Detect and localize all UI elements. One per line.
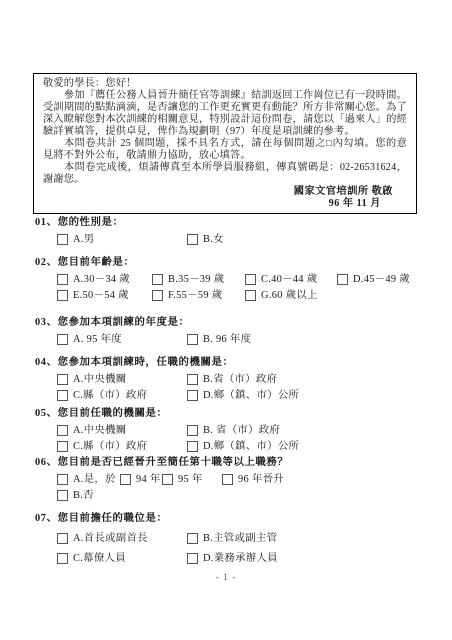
option-row: A.中央機關B. 省（市）政府 xyxy=(57,424,437,437)
checkbox-icon[interactable] xyxy=(57,553,68,564)
option-label: A. 95 年度 xyxy=(73,333,122,346)
option[interactable]: A.中央機關 xyxy=(57,424,187,437)
questions: 01、您的性別是：A.男B.女02、您目前年齡是：A.30－34 歲B.35－3… xyxy=(35,0,437,640)
checkbox-icon[interactable] xyxy=(57,425,68,436)
checkbox-icon[interactable] xyxy=(245,290,256,301)
option[interactable]: A.中央機關 xyxy=(57,373,187,386)
question-title: 06、您目前是否已經晉升至簡任第十職等以上職務？ xyxy=(35,456,437,469)
question-06: 06、您目前是否已經晉升至簡任第十職等以上職務？A.是，於94 年95 年96 … xyxy=(35,456,437,502)
option-label: 95 年 xyxy=(178,473,203,486)
option-label: C.縣（市）政府 xyxy=(73,389,147,402)
question-04: 04、您參加本項訓練時，任職的機關是：A.中央機關B.省（市）政府C.縣（市）政… xyxy=(35,356,437,402)
checkbox-icon[interactable] xyxy=(57,290,68,301)
option[interactable]: C.40－44 歲 xyxy=(245,273,337,286)
option[interactable]: C.幕僚人員 xyxy=(57,552,187,565)
question-07: 07、您目前擔任的職位是：A.首長或副首長B.主管或副主管C.幕僚人員D.業務承… xyxy=(35,512,437,565)
checkbox-icon[interactable] xyxy=(57,474,68,485)
checkbox-icon[interactable] xyxy=(222,474,233,485)
option[interactable]: D.業務承辦人員 xyxy=(187,552,278,565)
checkbox-icon[interactable] xyxy=(187,553,198,564)
option[interactable]: A. 95 年度 xyxy=(57,333,187,346)
question-02: 02、您目前年齡是：A.30－34 歲B.35－39 歲C.40－44 歲D.4… xyxy=(35,256,437,302)
checkbox-icon[interactable] xyxy=(187,334,198,345)
checkbox-icon[interactable] xyxy=(187,533,198,544)
option-label: A.中央機關 xyxy=(73,424,126,437)
option-label: A.男 xyxy=(73,233,94,246)
option-label: B.35－39 歲 xyxy=(168,273,224,286)
checkbox-icon[interactable] xyxy=(152,274,163,285)
option-row: C.縣（市）政府D.鄉（鎮、市）公所 xyxy=(57,389,437,402)
option-label: B.主管或副主管 xyxy=(203,532,277,545)
option[interactable]: 95 年 xyxy=(162,473,222,486)
option-label: D.業務承辦人員 xyxy=(203,552,278,565)
option-row: C.縣（市）政府D.鄉（鎮、市）公所 xyxy=(57,440,437,453)
option[interactable]: A.男 xyxy=(57,233,187,246)
option[interactable]: C.縣（市）政府 xyxy=(57,389,187,402)
page-number: - 1 - xyxy=(0,573,452,583)
option[interactable]: B.否 xyxy=(57,489,94,502)
question-03: 03、您參加本項訓練的年度是：A. 95 年度B. 96 年度 xyxy=(35,316,437,346)
question-title: 02、您目前年齡是： xyxy=(35,256,437,269)
checkbox-icon[interactable] xyxy=(187,234,198,245)
option[interactable]: G.60 歲以上 xyxy=(245,289,318,302)
question-title: 03、您參加本項訓練的年度是： xyxy=(35,316,437,329)
option-label: C.40－44 歲 xyxy=(261,273,317,286)
option[interactable]: E.50－54 歲 xyxy=(57,289,152,302)
option-label: C.縣（市）政府 xyxy=(73,440,147,453)
option-label: F.55－59 歲 xyxy=(168,289,222,302)
question-title: 05、您目前任職的機關是： xyxy=(35,407,437,420)
option-label: B. 省（市）政府 xyxy=(203,424,280,437)
option-label: E.50－54 歲 xyxy=(73,289,129,302)
option-label: G.60 歲以上 xyxy=(261,289,318,302)
option[interactable]: B. 省（市）政府 xyxy=(187,424,280,437)
option[interactable]: D.鄉（鎮、市）公所 xyxy=(187,440,299,453)
option-row: C.幕僚人員D.業務承辦人員 xyxy=(57,552,437,565)
option-label: A.首長或副首長 xyxy=(73,532,148,545)
option-label: D.45－49 歲 xyxy=(353,273,410,286)
checkbox-icon[interactable] xyxy=(57,533,68,544)
option-label: A.中央機關 xyxy=(73,373,126,386)
option-row: A.30－34 歲B.35－39 歲C.40－44 歲D.45－49 歲 xyxy=(57,273,437,286)
option[interactable]: 94 年 xyxy=(120,473,162,486)
checkbox-icon[interactable] xyxy=(245,274,256,285)
option[interactable]: B.女 xyxy=(187,233,224,246)
checkbox-icon[interactable] xyxy=(57,274,68,285)
checkbox-icon[interactable] xyxy=(57,334,68,345)
checkbox-icon[interactable] xyxy=(337,274,348,285)
option-label: C.幕僚人員 xyxy=(73,552,126,565)
option[interactable]: A.首長或副首長 xyxy=(57,532,187,545)
question-title: 01、您的性別是： xyxy=(35,216,437,229)
checkbox-icon[interactable] xyxy=(120,474,131,485)
checkbox-icon[interactable] xyxy=(187,441,198,452)
option-row: B.否 xyxy=(57,489,437,502)
option-label: A.是，於 xyxy=(73,473,116,486)
option-label: 96 年晉升 xyxy=(238,473,284,486)
option-label: B.省（市）政府 xyxy=(203,373,277,386)
option[interactable]: F.55－59 歲 xyxy=(152,289,245,302)
option-row: A.男B.女 xyxy=(57,233,437,246)
checkbox-icon[interactable] xyxy=(187,425,198,436)
checkbox-icon[interactable] xyxy=(57,390,68,401)
option[interactable]: B.35－39 歲 xyxy=(152,273,245,286)
option-label: D.鄉（鎮、市）公所 xyxy=(203,389,299,402)
option-label: 94 年 xyxy=(136,473,161,486)
option[interactable]: D.鄉（鎮、市）公所 xyxy=(187,389,299,402)
option[interactable]: A.是，於 xyxy=(57,473,120,486)
option-label: B. 96 年度 xyxy=(203,333,251,346)
checkbox-icon[interactable] xyxy=(57,234,68,245)
option-row: A. 95 年度B. 96 年度 xyxy=(57,333,437,346)
option[interactable]: A.30－34 歲 xyxy=(57,273,152,286)
option-row: A.中央機關B.省（市）政府 xyxy=(57,373,437,386)
option-row: E.50－54 歲F.55－59 歲G.60 歲以上 xyxy=(57,289,437,302)
option-row: A.首長或副首長B.主管或副主管 xyxy=(57,532,437,545)
page: 敬愛的學長：您好！ 參加『薦任公務人員晉升簡任官等訓練』結訓返回工作崗位已有一段… xyxy=(0,0,452,640)
checkbox-icon[interactable] xyxy=(57,441,68,452)
option-label: B.否 xyxy=(73,489,94,502)
option[interactable]: B.主管或副主管 xyxy=(187,532,277,545)
checkbox-icon[interactable] xyxy=(152,290,163,301)
option[interactable]: D.45－49 歲 xyxy=(337,273,410,286)
question-title: 04、您參加本項訓練時，任職的機關是： xyxy=(35,356,437,369)
question-01: 01、您的性別是：A.男B.女 xyxy=(35,216,437,246)
option[interactable]: C.縣（市）政府 xyxy=(57,440,187,453)
checkbox-icon[interactable] xyxy=(187,374,198,385)
question-05: 05、您目前任職的機關是：A.中央機關B. 省（市）政府C.縣（市）政府D.鄉（… xyxy=(35,407,437,453)
option-row: A.是，於94 年95 年96 年晉升 xyxy=(57,473,437,486)
option[interactable]: B.省（市）政府 xyxy=(187,373,277,386)
checkbox-icon[interactable] xyxy=(57,490,68,501)
option-label: D.鄉（鎮、市）公所 xyxy=(203,440,299,453)
option-label: B.女 xyxy=(203,233,224,246)
question-title: 07、您目前擔任的職位是： xyxy=(35,512,437,525)
checkbox-icon[interactable] xyxy=(57,374,68,385)
checkbox-icon[interactable] xyxy=(162,474,173,485)
option[interactable]: 96 年晉升 xyxy=(222,473,284,486)
option[interactable]: B. 96 年度 xyxy=(187,333,251,346)
option-label: A.30－34 歲 xyxy=(73,273,130,286)
checkbox-icon[interactable] xyxy=(187,390,198,401)
